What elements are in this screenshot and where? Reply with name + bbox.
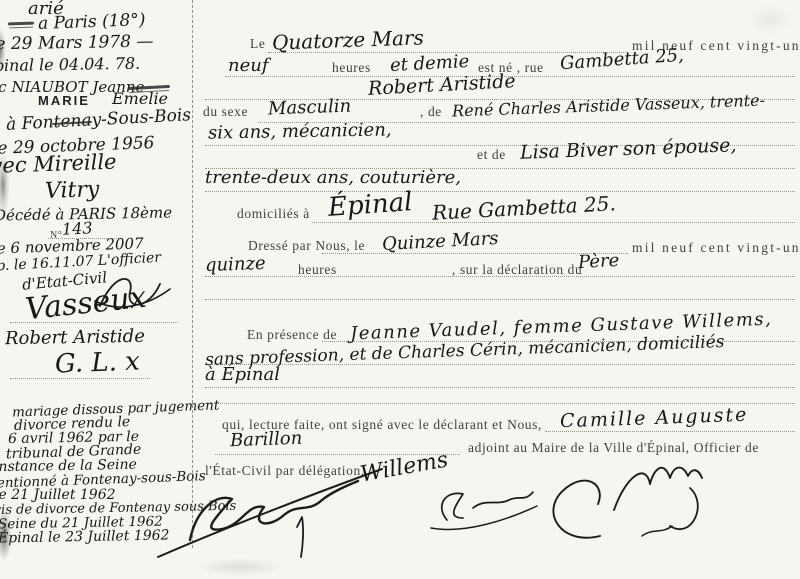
entry-sex: Masculin [268,96,352,120]
officer-paraph-signature [90,266,175,316]
entry-acte-date: Quinze Mars [382,228,500,255]
dotted-rule [205,191,795,192]
margin-note-line: Emelie [112,89,168,108]
margin-note-line: Vitry [45,177,100,204]
entry-domicile-street: Rue Gambetta 25. [431,191,616,225]
printed-label-du-sexe: du sexe [203,104,248,120]
printed-label-le: Le [250,36,265,52]
entry-acte-hour: quinze [205,253,266,276]
barillon-signature [530,448,725,558]
entry-birth-hour: neuf [228,55,269,76]
entry-domicile-city: Épinal [327,187,413,223]
dotted-rule [312,222,795,223]
printed-label-heures2: heures [298,262,337,278]
dotted-rule [205,387,795,388]
margin-note-line: Robert Aristide [5,326,145,349]
entry-birth-street: Gambetta 25, [559,45,684,75]
dotted-rule [205,299,795,300]
printed-label-et-de: et de [477,147,506,163]
entry-officer-first-name: Camille Auguste [560,404,749,433]
margin-note-line: Épinal le 23 Juillet 1962 [0,528,170,547]
margin-note-line: à Fontenay-Sous-Bois [6,105,192,135]
scan-smudge [740,0,800,40]
printed-label-de: , de [420,104,442,120]
margin-initials: G. L. x [55,347,141,380]
margin-note-line: le 29 Mars 1978 — [0,32,154,55]
printed-label-heures: heures [332,60,371,76]
dotted-rule [205,403,795,404]
vasseux-signature [150,455,390,565]
entry-father-details: six ans, mécanicien, [208,119,392,143]
margin-note-line: a Paris (18°) [38,10,146,34]
margin-note-line: Épinal le 04.04. 78. [0,54,140,76]
margin-typed-name: MARIE [38,93,90,108]
printed-label-domicilies: domiciliés à [237,206,310,222]
printed-label-presence: En présence de [247,327,337,343]
entry-birth-date: Quatorze Mars [272,25,425,54]
printed-label-declaration: , sur la déclaration du [452,262,582,278]
printed-label-dresse: Dressé par Nous, le [248,238,365,254]
entry-witness3: à Épinal [205,364,280,385]
entry-officer-last-name: Barillon [230,428,303,452]
cerin-signature [425,480,540,535]
entry-declarant: Père [577,250,619,273]
entry-father-name: René Charles Aristide Vasseux, trente- [452,91,766,121]
entry-mother-details: trente-deux ans, couturière, [205,167,461,188]
margin-note-line: avec Mireille [0,150,117,179]
birth-certificate-document: Le mil neuf cent vingt-un heures est né … [0,0,800,579]
printed-label-year2: mil neuf cent vingt-un [632,240,800,256]
entry-mother-name: Lisa Biver son épouse, [520,134,737,164]
crossed-out-word [8,22,34,26]
